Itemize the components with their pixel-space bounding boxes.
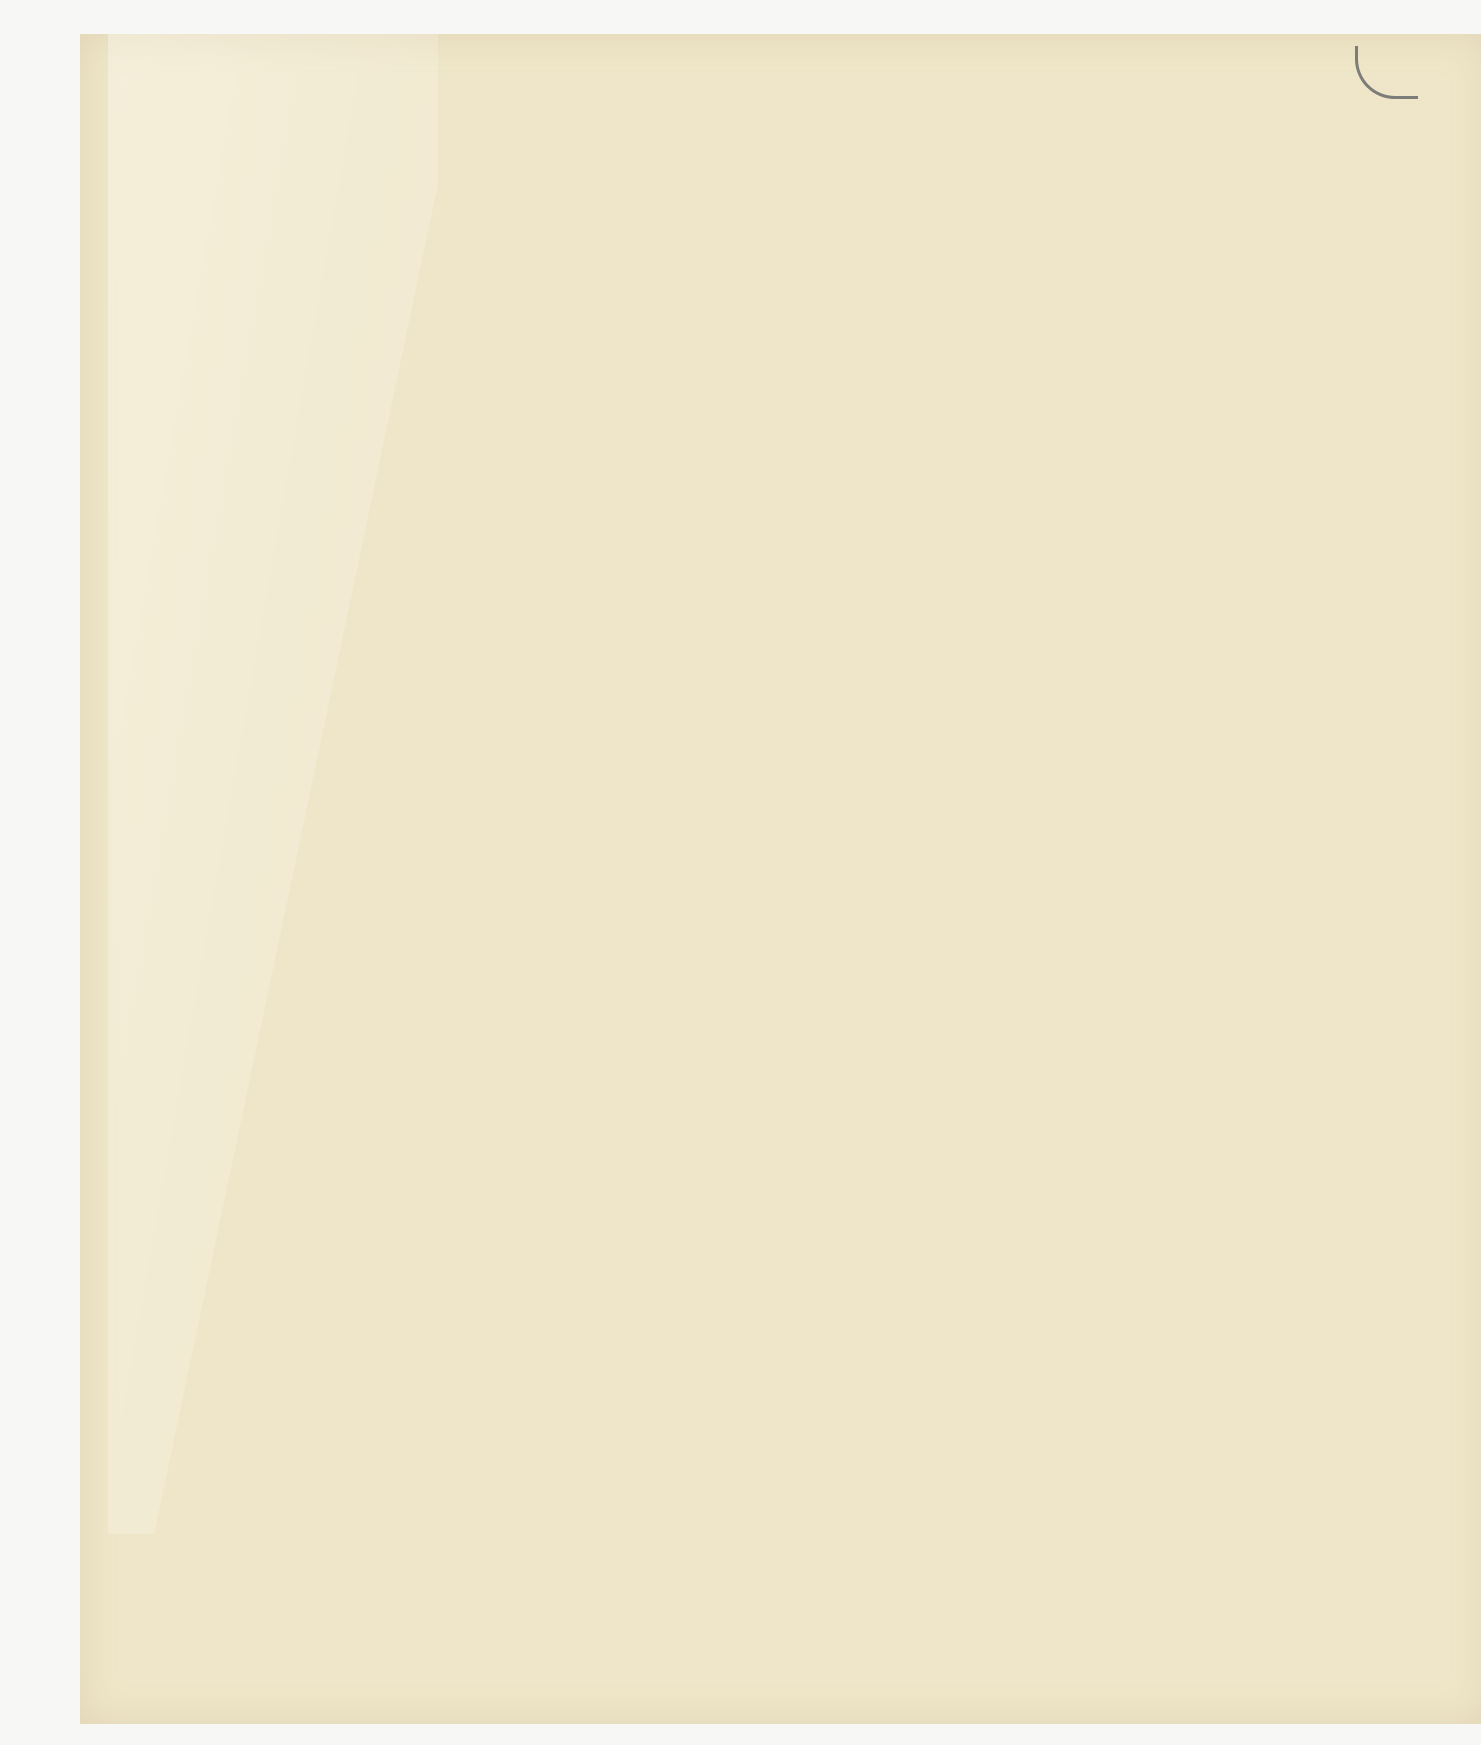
- bleed-through-text: [170, 60, 430, 240]
- manuscript-page: [80, 34, 1481, 1724]
